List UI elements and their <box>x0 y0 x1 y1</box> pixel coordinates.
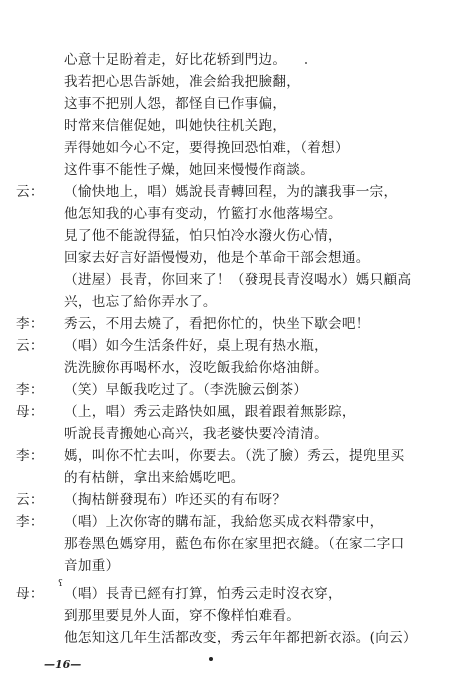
line-text: （上，唱）秀云走路快如風，跟着跟着無影踪， <box>64 401 356 423</box>
line-text: （进屋）長青，你回来了！（發現長青沒喝水）媽只顧高 <box>64 269 411 291</box>
line-text: （掏枯餅發現布）咋还买的有布呀？ <box>64 489 286 511</box>
line-text: 听說長青搬她心高兴，我老婆快要冷清清。 <box>64 423 328 445</box>
page-number: —16— <box>44 658 81 671</box>
line-text: 那卷黑色媽穿用，藍色布你在家里把衣縫。（在家二字口 <box>64 533 405 555</box>
line-text: 洗洗臉你再喝杯水，沒吃飯我給你烙油餅。 <box>64 357 328 379</box>
line-text: 回家去好言好語慢慢劝，他是个革命干部会想通。 <box>64 247 370 269</box>
line-text: 弄得她如今心不定，要得挽回恐怕难，（着想） <box>64 137 349 159</box>
speaker-label: 云： <box>16 489 60 511</box>
line-text: 心意十足盼着走，好比花轿到門边。 <box>64 49 286 71</box>
line-text: 我若把心思告訴她，准会給我把臉翻， <box>64 71 300 93</box>
line-text: 这事不把别人怨，都怪自已作事偏， <box>64 93 286 115</box>
line-text: （唱）上次你寄的購布証，我給您买成衣料帶家中， <box>64 511 384 533</box>
line-text: （愉快地上，唱）媽說長青轉回程，为的讓我事一宗， <box>64 181 397 203</box>
line-text: 他怎知我的心事有变动，竹籃打水他落場空。 <box>64 203 342 225</box>
line-text: 他怎知这几年生活都改变，秀云年年都把新衣添。(向云） <box>64 627 417 649</box>
speaker-label: 李： <box>16 445 60 467</box>
line-text: 到那里要見外人面，穿不像样怕难看。 <box>64 605 300 627</box>
speaker-label: 母： <box>16 401 60 423</box>
line-text: 秀云，不用去燒了，看把你忙的，快坐下歇会吧！ <box>64 313 370 335</box>
line-text: （笑）早飯我吃过了。（李洗臉云倒茶） <box>64 379 307 401</box>
line-text: （唱）如今生活条件好，桌上現有热水瓶， <box>64 335 328 357</box>
line-text: 音加重） <box>64 555 120 577</box>
speaker-label: 母： <box>16 583 60 605</box>
line-text: 兴，也忘了給你弄水了。 <box>64 291 217 313</box>
speaker-label: 李： <box>16 379 60 401</box>
scan-dot <box>209 657 213 661</box>
line-text: 这件事不能性子燥，她回来慢慢作商談。 <box>64 159 314 181</box>
line-text: （唱）長青已經有打算，怕秀云走时沒衣穿， <box>64 583 342 605</box>
line-text: 見了他不能說得猛，怕只怕冷水潑火伤心情， <box>64 225 342 247</box>
line-text: 媽，叫你不忙去叫，你要去。（洗了臉）秀云，提兜里买 <box>64 445 405 467</box>
speaker-label: 云： <box>16 181 60 203</box>
document-page: ʕ —16— 心意十足盼着走，好比花轿到門边。我若把心思告訴她，准会給我把臉翻，… <box>0 0 455 690</box>
speaker-label: 李： <box>16 511 60 533</box>
line-text: 时常来信催促她，叫她快往机关跑， <box>64 115 286 137</box>
scan-speck <box>305 62 307 64</box>
line-text: 的有枯餅，拿出来給媽吃吧。 <box>64 467 245 489</box>
speaker-label: 云： <box>16 335 60 357</box>
speaker-label: 李： <box>16 313 60 335</box>
